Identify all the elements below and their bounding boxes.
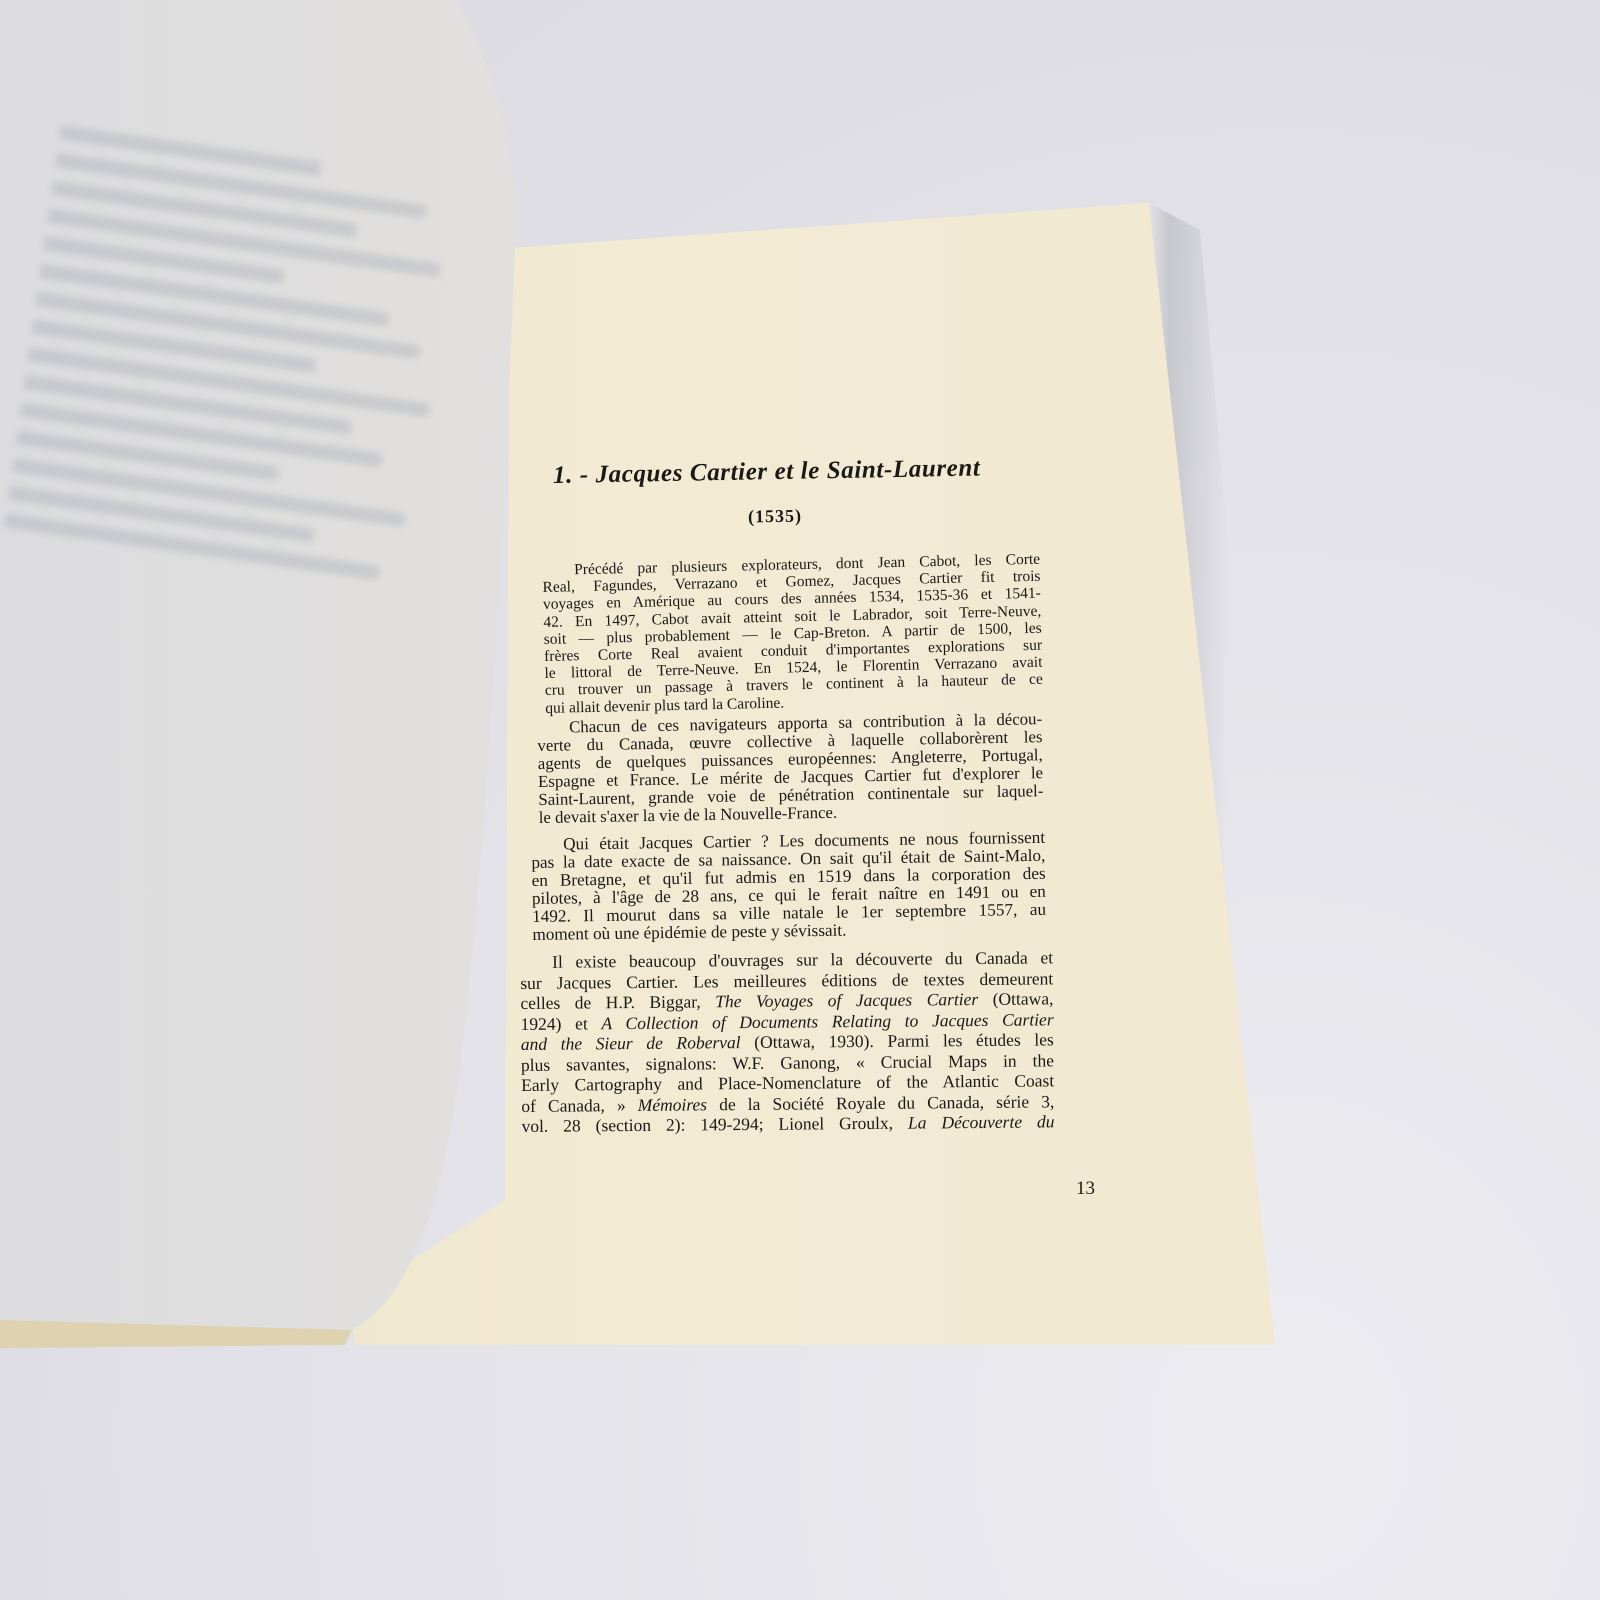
left-page-show-through-text [2,111,498,602]
text-run: de la Société Royale du Canada, série 3, [707,1091,1054,1114]
text-run: 1924) et [521,1013,602,1034]
text-run: vol. 28 (section 2): 149-294; Lionel Gro… [521,1113,908,1136]
chapter-year: (1535) [748,506,802,528]
paragraph-4-bibliography: Il existe beaucoup d'ouvrages sur la déc… [520,947,1055,1136]
text-run: of Canada, » [521,1094,638,1115]
italic-title: Mémoires [638,1094,708,1115]
italic-title: and the Sieur de Roberval [521,1032,741,1054]
paragraph-1: Précédé par plusieurs explorateurs, dont… [542,551,1043,717]
paragraph-3: Qui était Jacques Cartier ? Les document… [531,829,1046,944]
text-run: (Ottawa, 1930). Parmi les études les [741,1029,1054,1052]
text-run: (Ottawa, [978,988,1053,1009]
italic-title: La Découverte du [908,1111,1055,1132]
text-run: celles de H.P. Biggar, [520,991,715,1013]
page-number: 13 [1076,1178,1095,1200]
paragraph-2: Chacun de ces navigateurs apporta sa con… [537,710,1044,827]
italic-title: The Voyages of Jacques Cartier [715,989,978,1011]
